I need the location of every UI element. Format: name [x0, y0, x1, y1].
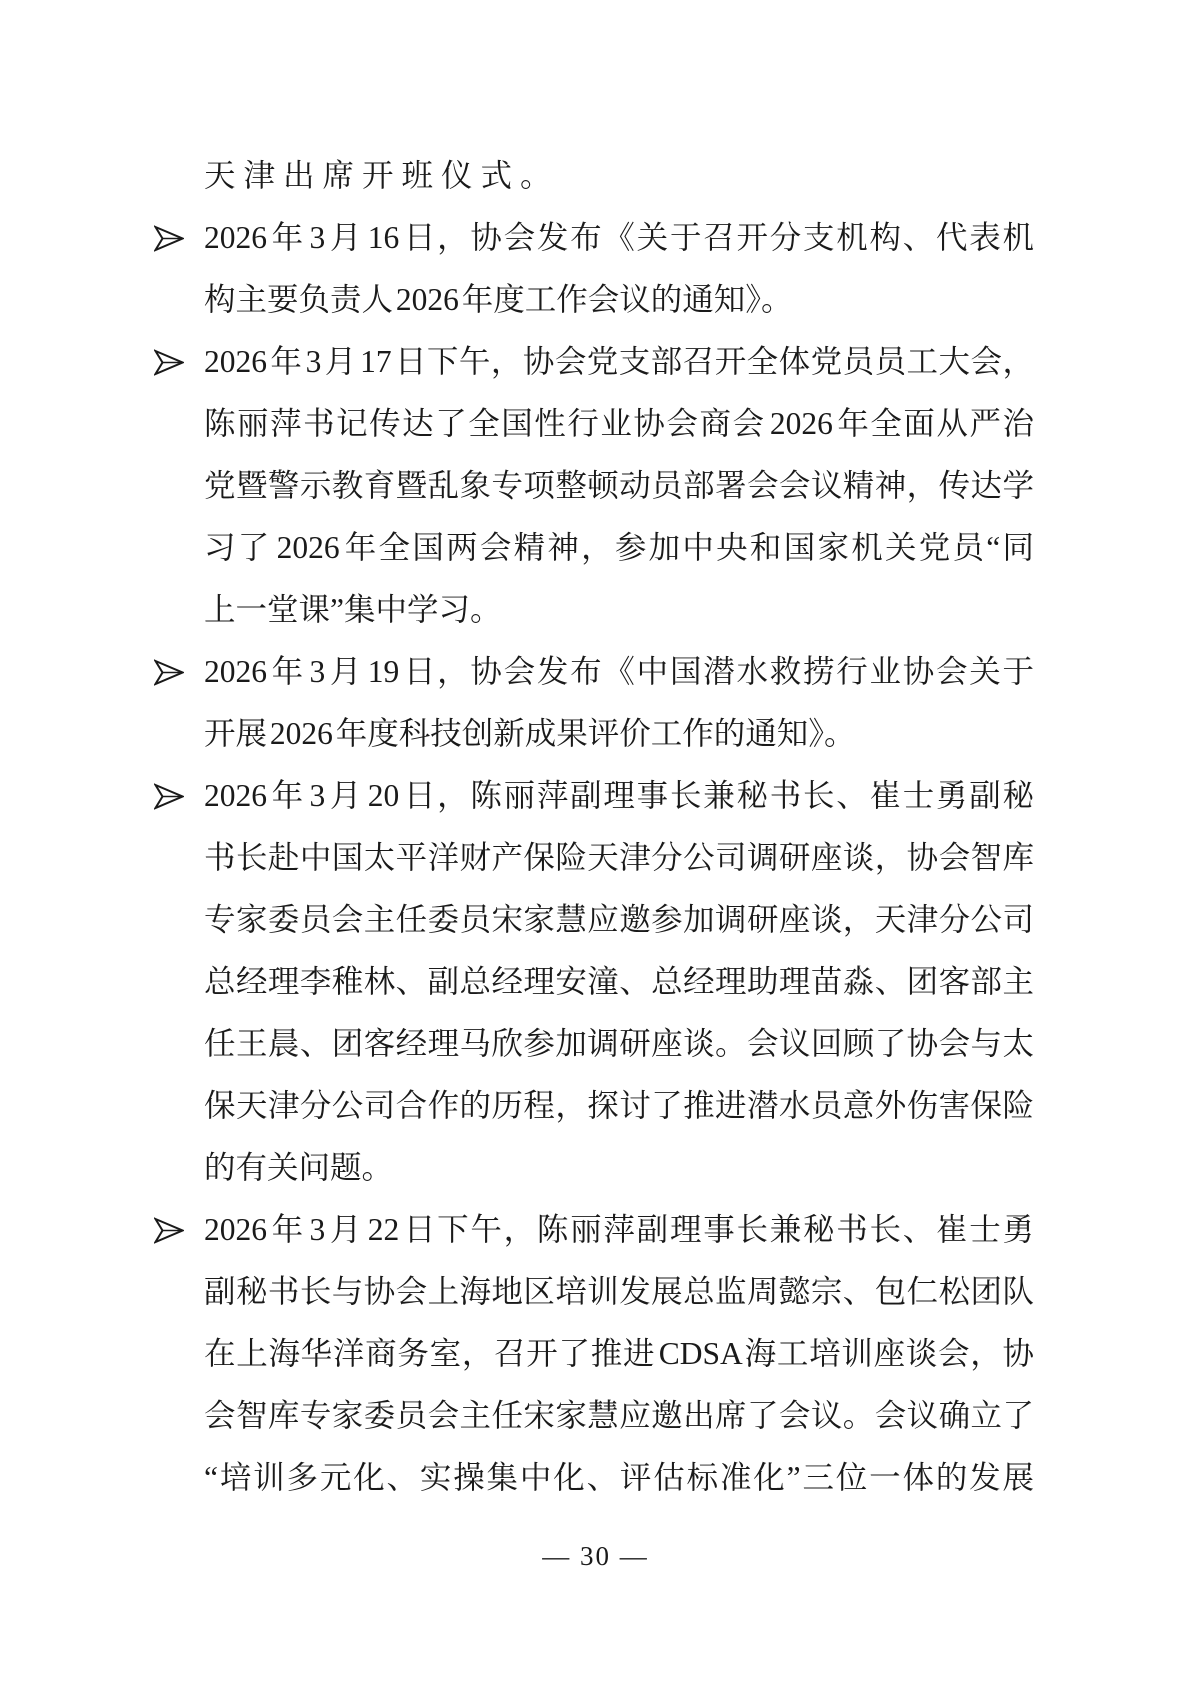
body-line: 在上海华洋商务室，召开了推进 CDSA 海工培训座谈会，协 [204, 1323, 1034, 1385]
body-line: 保天津分公司合作的历程，探讨了推进潜水员意外伤害保险 [204, 1075, 1034, 1137]
body-line: 副秘书长与协会上海地区培训发展总监周懿宗、包仁松团队 [204, 1261, 1034, 1323]
body-line: 的有关问题。 [204, 1137, 1034, 1199]
bullet-item: 2026 年 3 月 19 日，协会发布《中国潜水救捞行业协会关于 开展 202… [204, 641, 1034, 765]
body-line: 习了 2026 年全国两会精神，参加中央和国家机关党员“同 [204, 517, 1034, 579]
page-number: — 30 — [0, 1538, 1191, 1574]
document-page: 天津出席开班仪式。 2026 年 3 月 16 日，协会发布《关于召开分支机构、… [0, 0, 1191, 1684]
body-line: 党暨警示教育暨乱象专项整顿动员部署会会议精神，传达学 [204, 455, 1034, 517]
arrowhead-right-icon [154, 331, 186, 393]
arrowhead-right-icon [154, 207, 186, 269]
bullet-item: 2026 年 3 月 22 日下午，陈丽萍副理事长兼秘书长、崔士勇 副秘书长与协… [204, 1199, 1034, 1509]
body-line: 总经理李稚林、副总经理安潼、总经理助理苗淼、团客部主 [204, 951, 1034, 1013]
bullet-item: 2026 年 3 月 17 日下午，协会党支部召开全体党员员工大会， 陈丽萍书记… [204, 331, 1034, 641]
body-line: 任王晨、团客经理马欣参加调研座谈。会议回顾了协会与太 [204, 1013, 1034, 1075]
body-line: 2026 年 3 月 19 日，协会发布《中国潜水救捞行业协会关于 [204, 641, 1034, 703]
body-line: 天津出席开班仪式。 [204, 145, 1034, 207]
body-line: 构主要负责人 2026 年度工作会议的通知》。 [204, 269, 1034, 331]
continuation-paragraph: 天津出席开班仪式。 [204, 145, 1034, 207]
arrowhead-right-icon [154, 765, 186, 827]
bullet-item: 2026 年 3 月 16 日，协会发布《关于召开分支机构、代表机 构主要负责人… [204, 207, 1034, 331]
body-line: 2026 年 3 月 22 日下午，陈丽萍副理事长兼秘书长、崔士勇 [204, 1199, 1034, 1261]
arrowhead-right-icon [154, 641, 186, 703]
body-line: 2026 年 3 月 20 日，陈丽萍副理事长兼秘书长、崔士勇副秘 [204, 765, 1034, 827]
body-line: 2026 年 3 月 16 日，协会发布《关于召开分支机构、代表机 [204, 207, 1034, 269]
body-text: 天津出席开班仪式。 2026 年 3 月 16 日，协会发布《关于召开分支机构、… [204, 145, 1034, 1509]
body-line: 专家委员会主任委员宋家慧应邀参加调研座谈，天津分公司 [204, 889, 1034, 951]
bullet-item: 2026 年 3 月 20 日，陈丽萍副理事长兼秘书长、崔士勇副秘 书长赴中国太… [204, 765, 1034, 1199]
body-line: 书长赴中国太平洋财产保险天津分公司调研座谈，协会智库 [204, 827, 1034, 889]
body-line: 陈丽萍书记传达了全国性行业协会商会 2026 年全面从严治 [204, 393, 1034, 455]
body-line: 开展 2026 年度科技创新成果评价工作的通知》。 [204, 703, 1034, 765]
arrowhead-right-icon [154, 1199, 186, 1261]
body-line: “培训多元化、实操集中化、评估标准化”三位一体的发展 [204, 1447, 1034, 1509]
body-line: 2026 年 3 月 17 日下午，协会党支部召开全体党员员工大会， [204, 331, 1034, 393]
body-line: 会智库专家委员会主任宋家慧应邀出席了会议。会议确立了 [204, 1385, 1034, 1447]
body-line: 上一堂课”集中学习。 [204, 579, 1034, 641]
